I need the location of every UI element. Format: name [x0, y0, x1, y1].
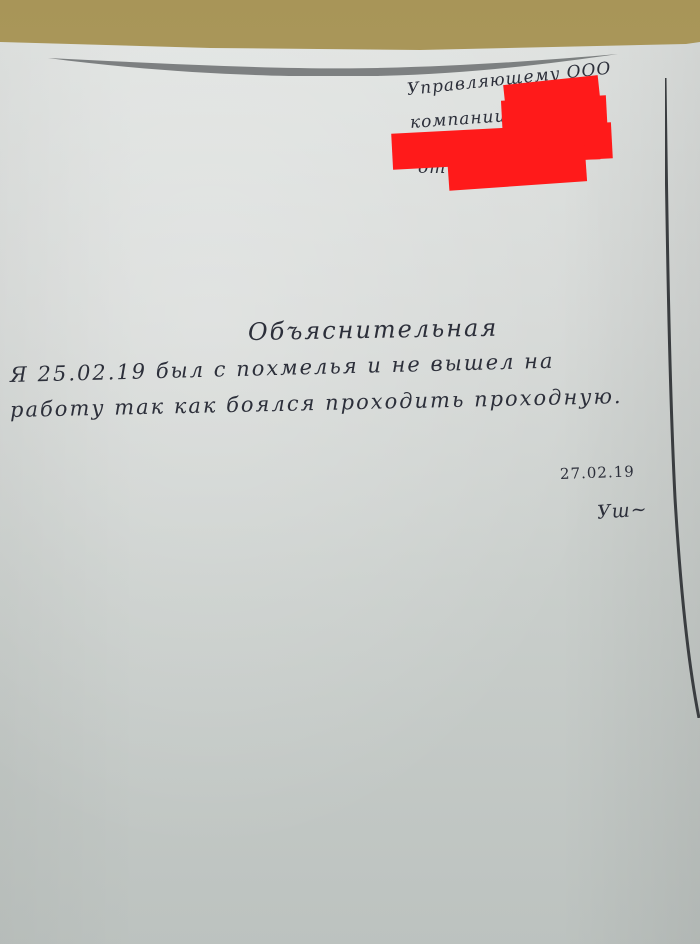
document-date: 27.02.19 — [560, 462, 635, 483]
right-edge-shadow-stroke — [665, 78, 700, 718]
paper-sheet — [0, 42, 700, 944]
document-title: Объяснительная — [248, 314, 499, 346]
signature: Уш~ — [596, 498, 648, 523]
